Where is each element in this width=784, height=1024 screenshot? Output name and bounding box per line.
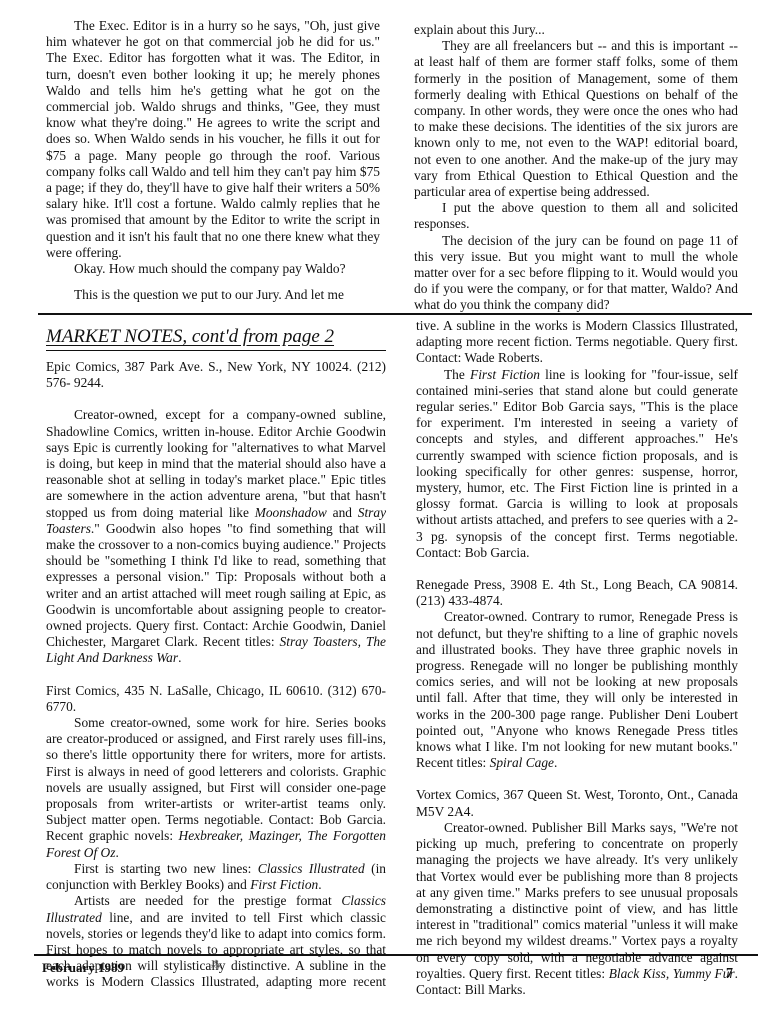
listing-body-first: First is starting two new lines: Classic… [46,861,386,893]
page-number: 7 [726,966,733,982]
listing-body-first: The First Fiction line is looking for "f… [416,367,738,561]
listing-body-epic: Creator-owned, except for a company-owne… [46,407,386,666]
section-divider [38,313,752,315]
listing-body-vortex: Creator-owned. Publisher Bill Marks says… [416,820,738,998]
section-title: MARKET NOTES, cont'd from page 2 [46,326,386,351]
footer-date: February 1989 [42,960,124,976]
listing-body-renegade: Creator-owned. Contrary to rumor, Renega… [416,609,738,771]
listing-body-first-cont: tive. A subline in the works is Modern C… [416,318,738,367]
article-column-top-right: explain about this Jury... They are all … [414,22,738,314]
article-column-top-left: The Exec. Editor is in a hurry so he say… [46,18,380,303]
listing-body-first: Some creator-owned, some work for hire. … [46,715,386,861]
paragraph: They are all freelancers but -- and this… [414,38,738,200]
paragraph: The Exec. Editor is in a hurry so he say… [46,18,380,261]
paragraph: The decision of the jury can be found on… [414,233,738,314]
print-speck-icon: ⁂ [211,958,221,974]
paragraph: Okay. How much should the company pay Wa… [46,261,380,277]
listing-heading-renegade: Renegade Press, 3908 E. 4th St., Long Be… [416,577,738,609]
listing-heading-epic: Epic Comics, 387 Park Ave. S., New York,… [46,359,386,391]
market-notes-column-left: MARKET NOTES, cont'd from page 2 Epic Co… [46,326,386,990]
paragraph: This is the question we put to our Jury.… [46,287,380,303]
listing-heading-first: First Comics, 435 N. LaSalle, Chicago, I… [46,683,386,715]
paragraph: I put the above question to them all and… [414,200,738,232]
footer-rule [34,954,758,956]
market-notes-column-right: tive. A subline in the works is Modern C… [416,318,738,998]
paragraph: explain about this Jury... [414,22,738,38]
listing-heading-vortex: Vortex Comics, 367 Queen St. West, Toron… [416,787,738,819]
